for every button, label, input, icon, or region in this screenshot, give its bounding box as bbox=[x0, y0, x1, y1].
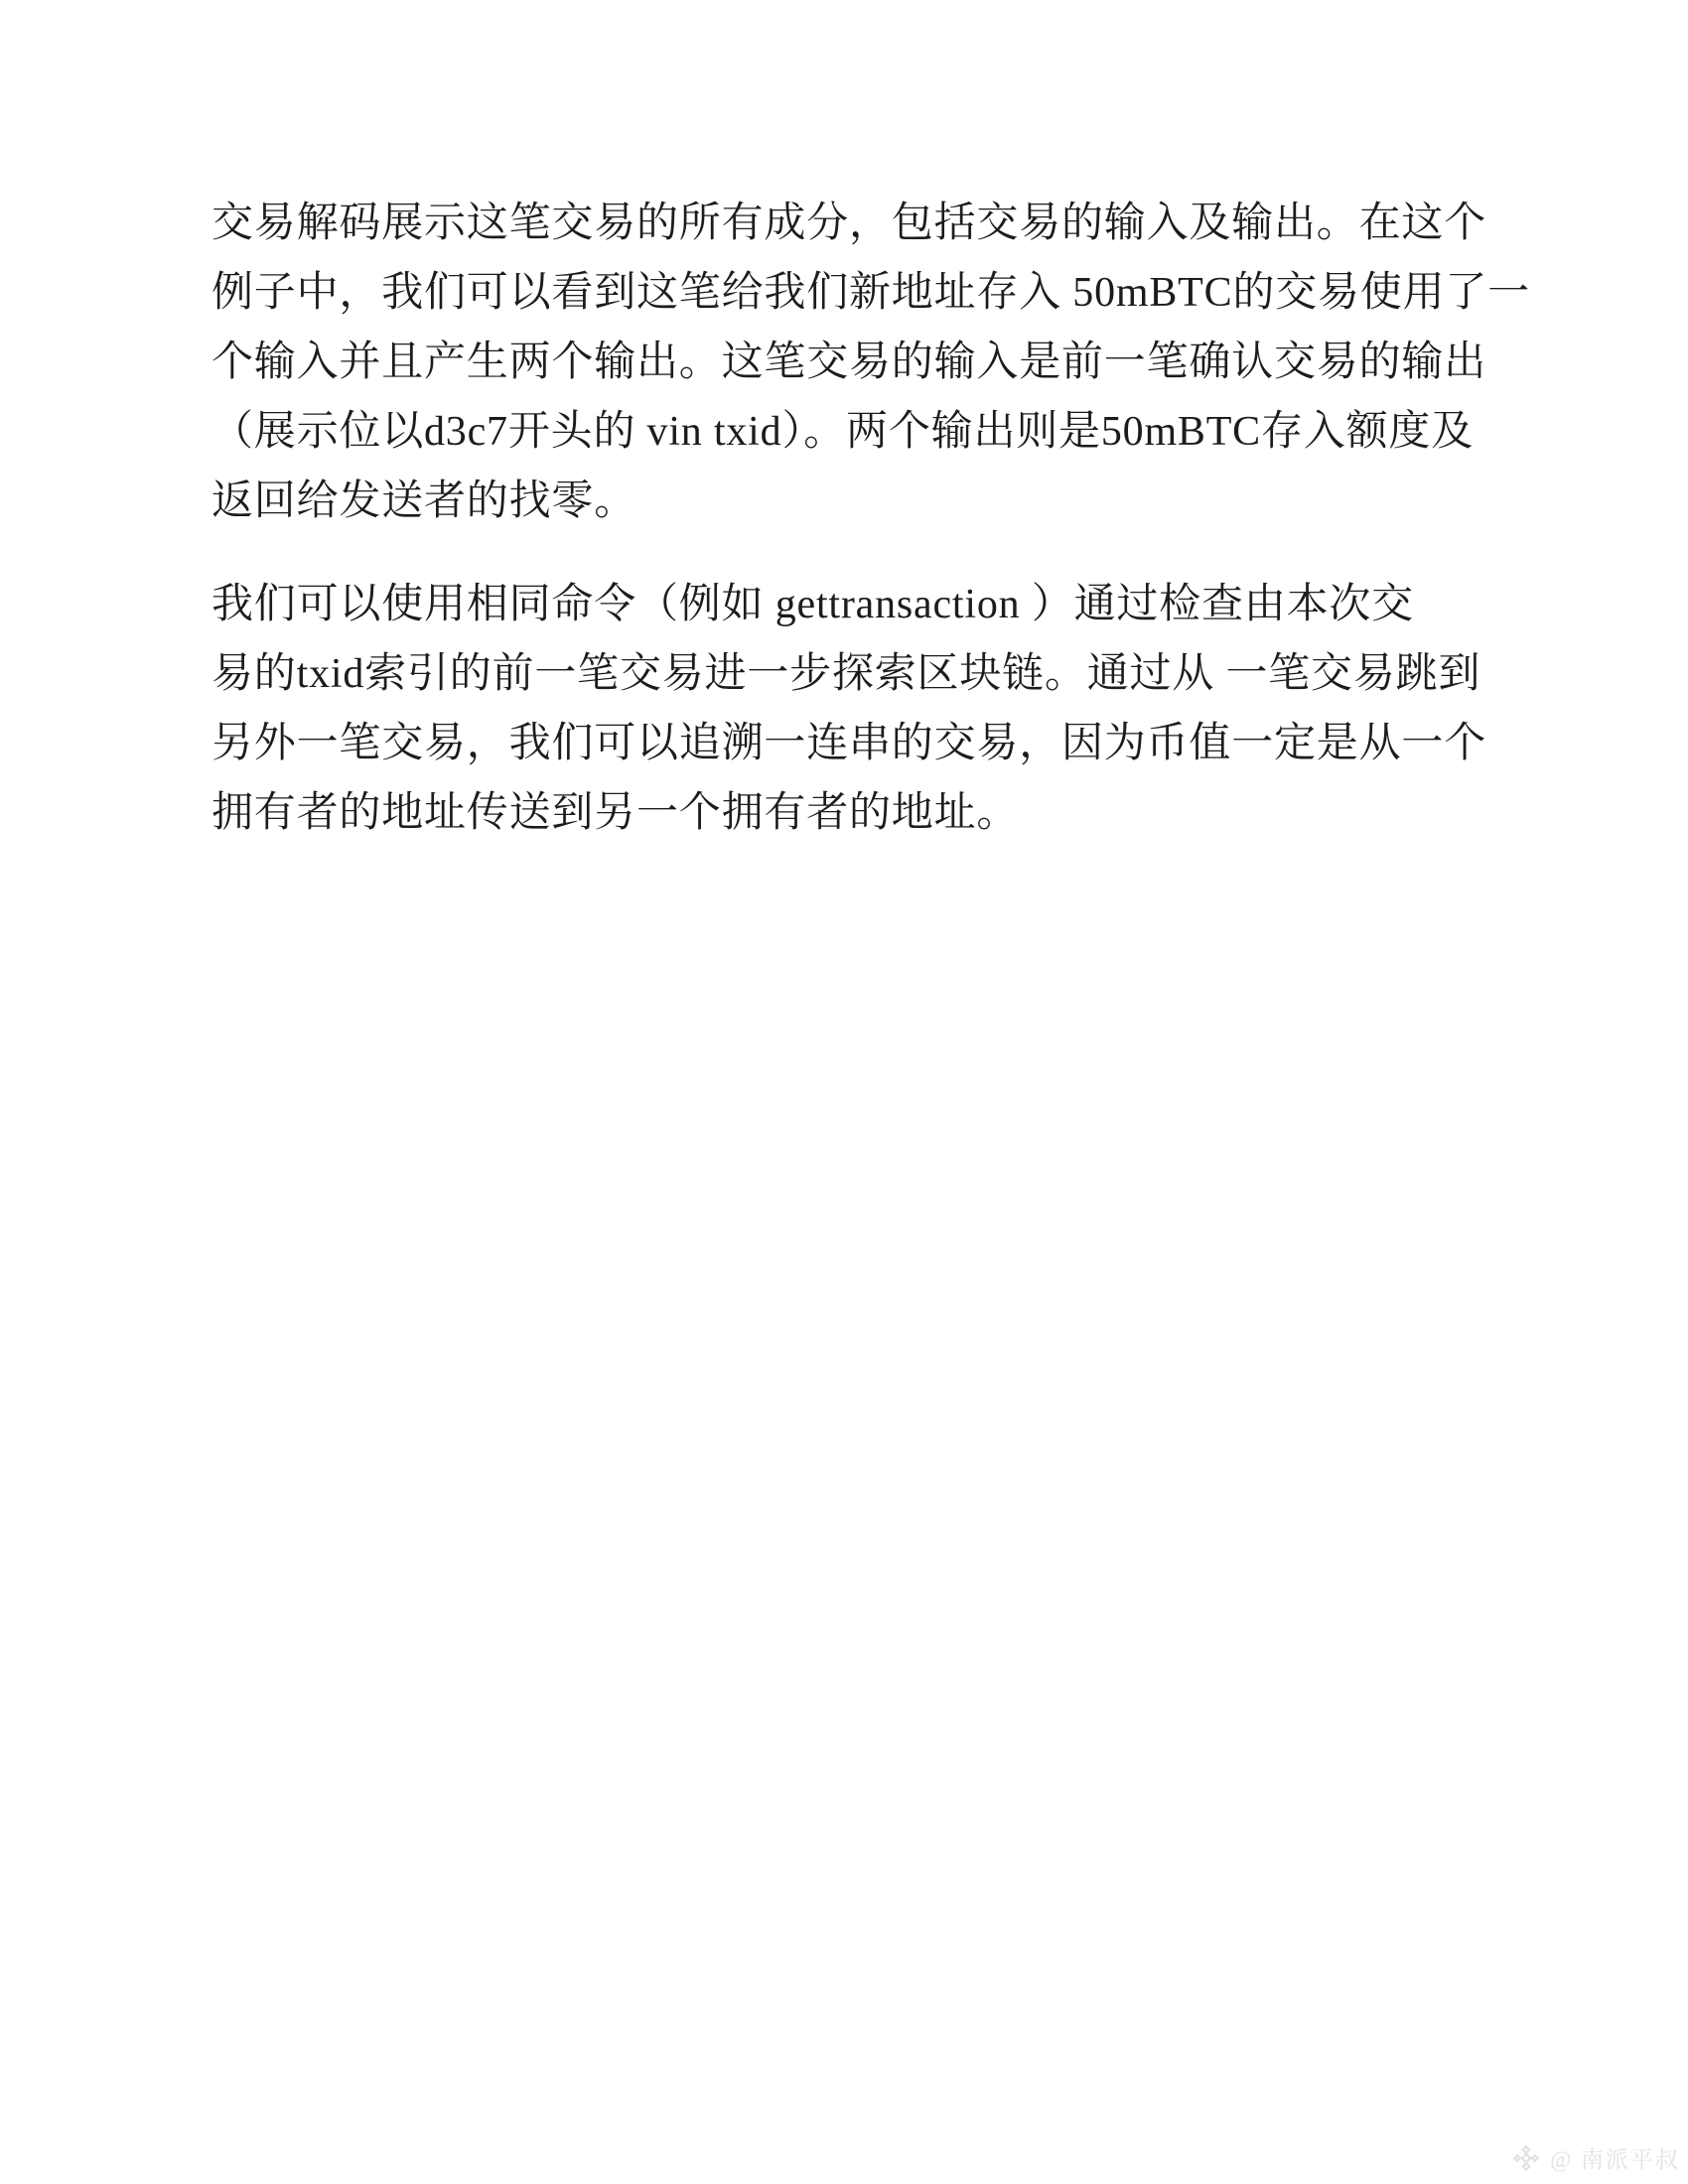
text-line: 个输入并且产生两个输出。这笔交易的输入是前一笔确认交易的输出 bbox=[211, 328, 1492, 397]
text-line: 交易解码展示这笔交易的所有成分，包括交易的输入及输出。在这个 bbox=[211, 189, 1492, 258]
watermark: @ 南派平叔 bbox=[1511, 2141, 1680, 2174]
text-line: 我们可以使用相同命令（例如 gettransaction ）通过检查由本次交 bbox=[211, 570, 1492, 639]
text-line: 易的txid索引的前一笔交易进一步探索区块链。通过从 一笔交易跳到 bbox=[211, 639, 1492, 709]
diamond-logo-icon bbox=[1511, 2143, 1541, 2173]
text-line: 另外一笔交易，我们可以追溯一连串的交易，因为币值一定是从一个 bbox=[211, 709, 1492, 778]
text-line: 拥有者的地址传送到另一个拥有者的地址。 bbox=[211, 778, 1492, 848]
document-page: 交易解码展示这笔交易的所有成分，包括交易的输入及输出。在这个例子中，我们可以看到… bbox=[0, 0, 1688, 2184]
text-line: 返回给发送者的找零。 bbox=[211, 467, 1492, 536]
paragraph: 我们可以使用相同命令（例如 gettransaction ）通过检查由本次交易的… bbox=[211, 570, 1492, 848]
text-line: 例子中，我们可以看到这笔给我们新地址存入 50mBTC的交易使用了一 bbox=[211, 258, 1492, 328]
watermark-handle: @ 南派平叔 bbox=[1550, 2141, 1680, 2174]
document-body: 交易解码展示这笔交易的所有成分，包括交易的输入及输出。在这个例子中，我们可以看到… bbox=[211, 189, 1492, 882]
paragraph: 交易解码展示这笔交易的所有成分，包括交易的输入及输出。在这个例子中，我们可以看到… bbox=[211, 189, 1492, 536]
text-line: （展示位以d3c7开头的 vin txid）。两个输出则是50mBTC存入额度及 bbox=[211, 397, 1492, 467]
